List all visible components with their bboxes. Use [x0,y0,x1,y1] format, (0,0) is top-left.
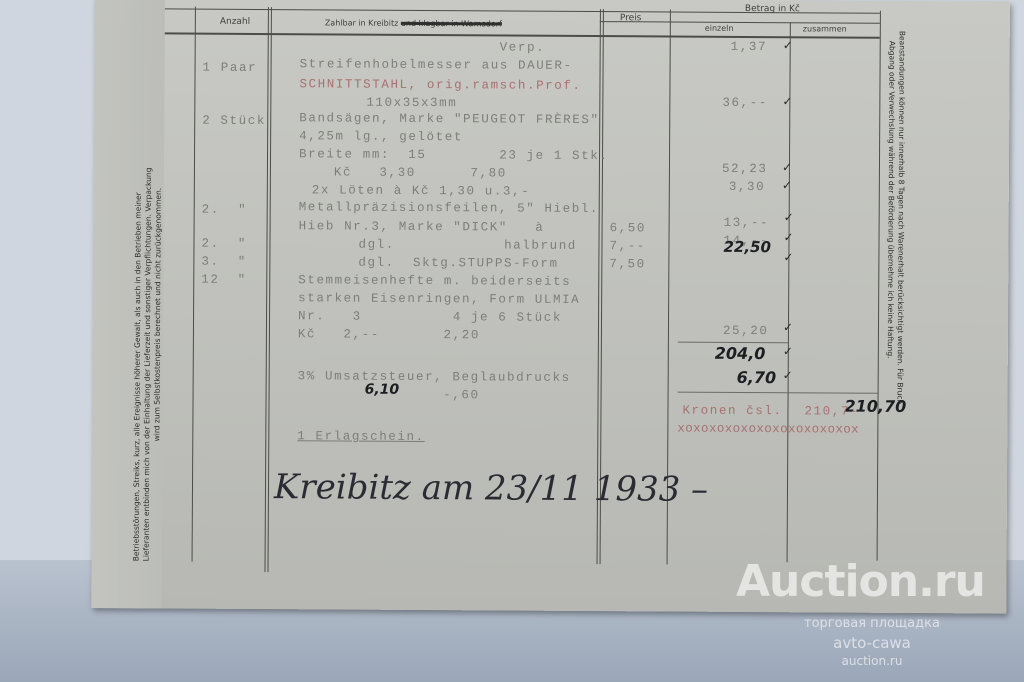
check-icon: ✓ [784,210,794,224]
amount-3: 13,-- [724,216,770,230]
line-2c: Breite mm: 15 23 je 1 Stk. [299,147,609,163]
qty-5: 3. " [201,255,247,269]
line-1b: SCHNITTSTAHL, orig.ramsch.Prof. [299,77,581,93]
total-currency-label: Kronen čsl. [682,404,782,419]
header-bottom-line [165,32,880,38]
watermark-line-2: avto-cawa [762,634,982,652]
header-quantity: Anzahl [220,17,250,27]
total-typed-value: 210,7- [804,404,859,418]
header-price: Preis [620,13,642,23]
line-2e: 2x Löten à Kč 1,30 u.3,- [312,183,531,198]
line-2a: Bandsägen, Marke "PEUGEOT FRÈRES" [299,111,599,127]
hand-tax-note: 6,10 [365,382,400,398]
check-icon: ✓ [783,230,793,244]
hand-subtotal: 204,0 [715,344,766,363]
hand-22-50: 22,50 [723,238,771,256]
header-description-text: Zahlbar in Kreibitz [325,18,399,27]
watermark-brand: Auction.ru [736,556,985,607]
hand-tax-amount: 6,70 [737,368,777,387]
total-filler: xoxoxoxoxoxoxoxoxoxoxox [677,422,859,437]
qty-1: 1 Paar [203,61,258,75]
check-icon: ✓ [782,94,792,108]
line-6d: Kč 2,-- 2,20 [298,327,480,342]
watermark-line-1: торговая площадка [762,616,982,631]
price-3: 6,50 [610,221,646,235]
line-3a: Metallpräzisionsfeilen, 5" Hiebl. [299,200,599,216]
line-5: dgl. Sktg.STUPPS-Form [358,256,558,271]
signature: Kreibitz am 23/11 1933 – [274,467,708,510]
qty-3: 2. " [202,203,248,217]
price-4: 7,-- [609,239,645,253]
line-tax: 3% Umsatzsteuer, Beglaubdrucks [298,369,571,385]
col-line-1 [192,7,196,562]
line-1a: Streifenhobelmesser aus DAUER- [300,57,573,73]
check-icon: ✓ [783,38,793,52]
line-erlagschein: 1 Erlagschein. [297,429,425,444]
line-4: dgl. halbrund [358,238,577,253]
line-verp: Verp. [500,40,546,54]
check-icon: ✓ [782,160,792,174]
qty-2: 2 Stück [202,114,266,128]
header-amount-single: einzeln [705,24,734,33]
check-icon: ✓ [783,368,793,382]
check-icon: ✓ [783,320,793,334]
line-2b: 4,25m lg., gelötet [299,129,463,144]
amount-verp: 1,37 [731,40,767,54]
left-margin-note: Betriebsstörungen, Streiks, kurz, alle E… [132,167,164,561]
amount-1: 36,-- [722,96,768,110]
line-6a: Stemmeisenhefte m. beiderseits [298,273,571,289]
header-description-struck: und klagbar in Warnsdorf [401,19,502,29]
qty-6: 12 " [201,273,247,287]
amount-2: 52,23 [722,162,768,176]
total-line [678,392,878,394]
line-3b: Hieb Nr.3, Marke "DICK" à [299,219,545,235]
line-6c: Nr. 3 4 je 6 Stück [298,309,562,325]
watermark-line-3: auction.ru [762,654,982,668]
line-1c: 110x35x3mm [366,96,457,111]
header-amount: Betrag in Kč [745,4,800,14]
invoice-paper: Anzahl Zahlbar in Kreibitz und klagbar i… [91,0,1010,614]
right-margin-note: Beanstandungen können nur innerhalb 8 Ta… [885,31,907,407]
amount-2b: 3,30 [729,180,765,194]
check-icon: ✓ [782,178,792,192]
header-amount-total: zusammen [803,24,847,33]
price-5: 7,50 [609,257,645,271]
line-2d: Kč 3,30 7,80 [334,165,507,180]
qty-4: 2. " [201,237,247,251]
line-6b: starken Eisenringen, Form ULMIA [298,291,580,307]
col-line-6 [877,11,881,561]
left-note-line-3: wird zum Selbstkostenpreis berechnet und… [152,168,164,562]
check-icon: ✓ [783,344,793,358]
header-description: Zahlbar in Kreibitz und klagbar in Warns… [325,18,502,28]
check-icon: ✓ [783,250,793,264]
amount-6: 25,20 [723,324,769,338]
